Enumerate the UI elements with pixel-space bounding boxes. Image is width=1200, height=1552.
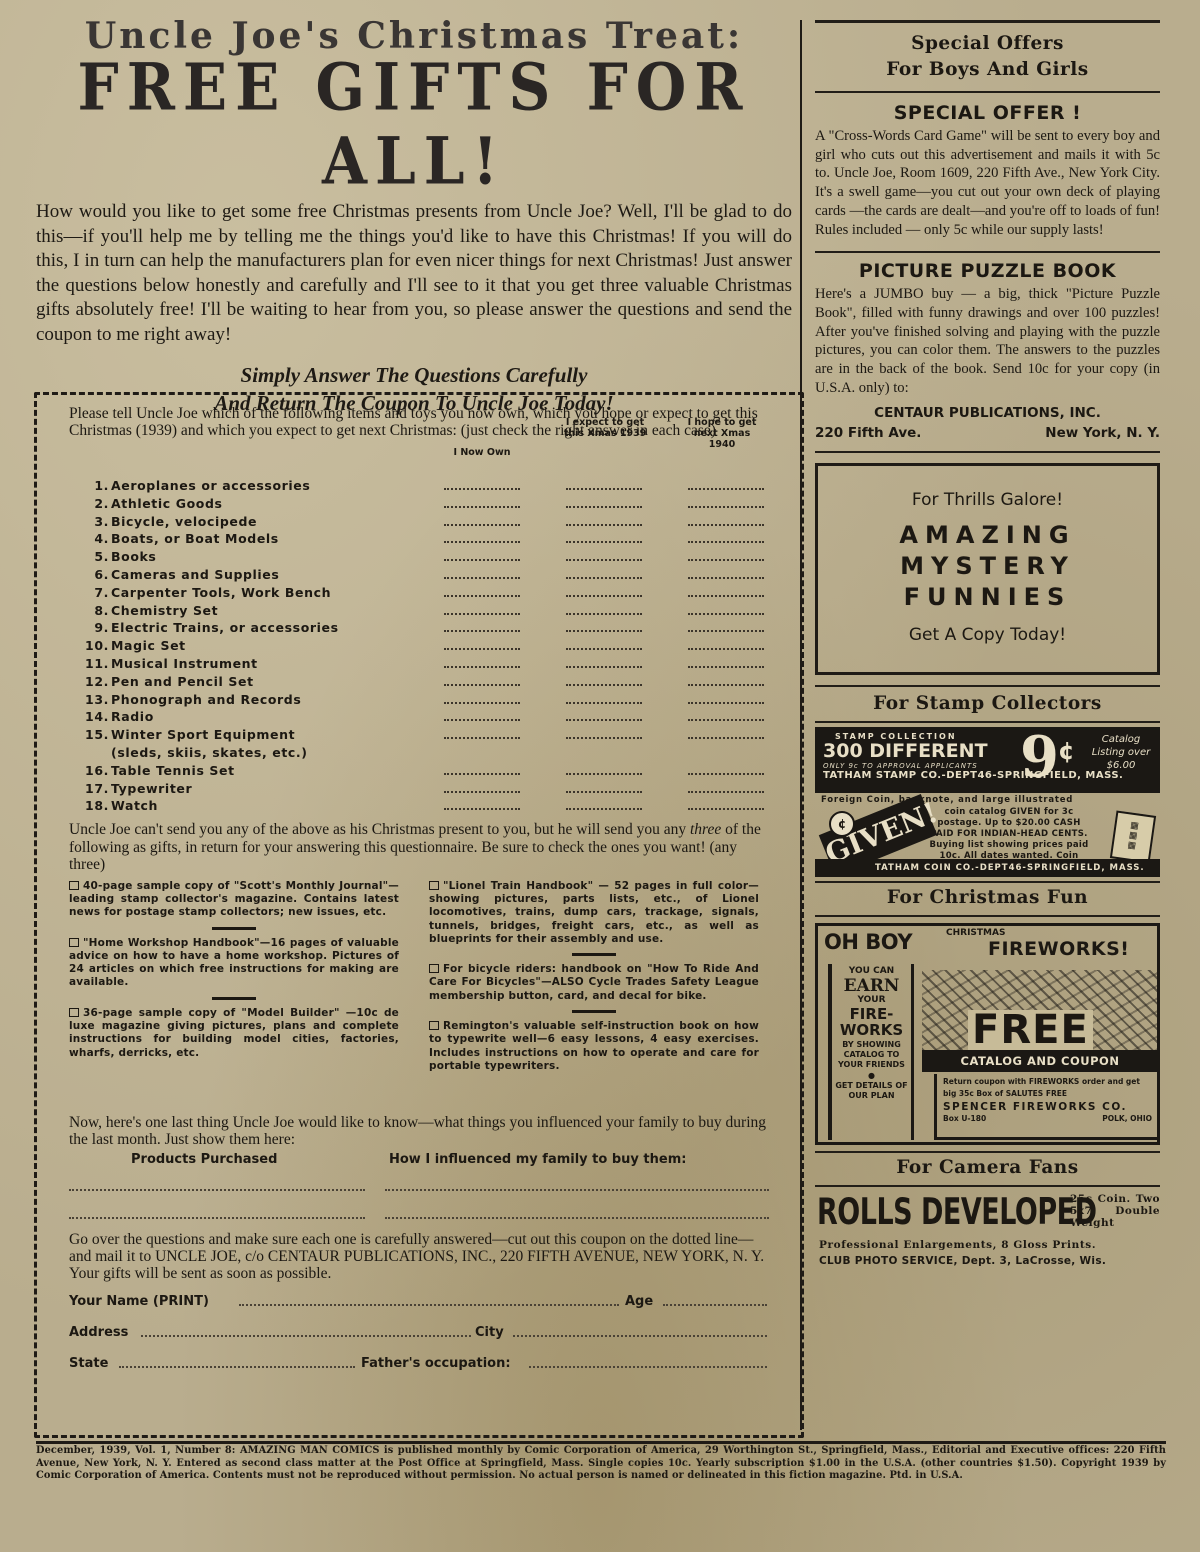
column-expect-1939: I expect to get this Xmas 1939: [557, 417, 653, 439]
earn-text-2: EARN: [832, 977, 911, 995]
now-own-check-line[interactable]: [444, 648, 520, 650]
checklist-row: 13.Phonograph and Records: [69, 691, 771, 709]
checklist-row: 5.Books: [69, 548, 771, 566]
gifts-intro-text: Uncle Joe can't send you any of the abov…: [69, 821, 690, 838]
fireworks-company: SPENCER FIREWORKS CO.: [943, 1100, 1152, 1114]
item-number: 8.: [81, 602, 109, 620]
item-label: Aeroplanes or accessories: [111, 477, 310, 495]
gift-option: "Home Workshop Handbook"—16 pages of val…: [69, 937, 399, 990]
item-number: 9.: [81, 619, 109, 637]
now-own-check-line[interactable]: [444, 541, 520, 543]
stamp-collectors-heading: For Stamp Collectors: [815, 691, 1160, 717]
city-label: City: [475, 1325, 504, 1340]
gift-column-right: "Lionel Train Handbook" — 52 pages in fu…: [429, 880, 759, 1074]
influence-header: How I influenced my family to buy them:: [389, 1152, 686, 1167]
expect-1939-check-line[interactable]: [566, 488, 642, 490]
father-occupation-label: Father's occupation:: [361, 1356, 511, 1371]
now-own-check-line[interactable]: [444, 506, 520, 508]
checkbox[interactable]: [429, 1021, 439, 1030]
expect-1939-check-line[interactable]: [566, 666, 642, 668]
expect-1939-check-line[interactable]: [566, 773, 642, 775]
item-number: 15.: [81, 726, 109, 744]
expect-1939-check-line[interactable]: [566, 541, 642, 543]
gift-separator: [212, 927, 256, 930]
item-number: 14.: [81, 708, 109, 726]
earn-text-5: WORKS: [832, 1022, 911, 1038]
expect-1939-check-line[interactable]: [566, 791, 642, 793]
expect-1939-check-line[interactable]: [566, 559, 642, 561]
now-own-check-line[interactable]: [444, 702, 520, 704]
item-number: 18.: [81, 797, 109, 815]
oh-boy-text: OH BOY: [824, 930, 912, 954]
item-label: Cameras and Supplies: [111, 566, 279, 584]
checklist-row: 15.Winter Sport Equipment: [69, 726, 771, 744]
gift-option: 36-page sample copy of "Model Builder" —…: [69, 1007, 399, 1060]
hope-1940-check-line[interactable]: [688, 595, 764, 597]
puzzle-street: 220 Fifth Ave.: [815, 423, 921, 443]
checklist-row: 4.Boats, or Boat Models: [69, 530, 771, 548]
divider: [815, 685, 1160, 687]
item-number: 7.: [81, 584, 109, 602]
divider: [815, 881, 1160, 883]
column-divider: [800, 20, 802, 1430]
hope-1940-check-line[interactable]: [688, 559, 764, 561]
expect-1939-check-line[interactable]: [566, 613, 642, 615]
special-offer-title: SPECIAL OFFER !: [815, 99, 1160, 127]
checklist-row: 17.Typewriter: [69, 780, 771, 798]
expect-1939-check-line[interactable]: [566, 737, 642, 739]
now-own-check-line[interactable]: [444, 808, 520, 810]
coin-top-text: Foreign Coin, banknote, and large illust…: [821, 795, 1073, 805]
thrills-title-2: MYSTERY: [818, 551, 1157, 582]
earn-text-4: FIRE-: [832, 1006, 911, 1022]
puzzle-book-title: PICTURE PUZZLE BOOK: [815, 257, 1160, 285]
state-field[interactable]: [119, 1366, 355, 1368]
item-label: Musical Instrument: [111, 655, 258, 673]
influence-line-1[interactable]: [385, 1189, 769, 1191]
gift-option: For bicycle riders: handbook on "How To …: [429, 963, 759, 1003]
checklist-column-headers: I Now Own I expect to get this Xmas 1939…: [69, 439, 771, 469]
hope-1940-check-line[interactable]: [688, 630, 764, 632]
checklist-row: 11.Musical Instrument: [69, 655, 771, 673]
special-offer-body: A "Cross-Words Card Game" will be sent t…: [815, 127, 1160, 239]
rolls-headline: ROLLS DEVELOPED: [817, 1193, 1097, 1234]
divider: [815, 1185, 1160, 1187]
divider: [815, 1151, 1160, 1153]
father-occupation-field[interactable]: [529, 1366, 767, 1368]
item-number: 11.: [81, 655, 109, 673]
influence-answer-lines: [69, 1171, 771, 1231]
hope-1940-check-line[interactable]: [688, 648, 764, 650]
influence-intro: Now, here's one last thing Uncle Joe wou…: [69, 1114, 769, 1149]
checkbox[interactable]: [69, 1008, 79, 1017]
hope-1940-check-line[interactable]: [688, 702, 764, 704]
gift-separator: [572, 953, 616, 956]
headline-free-gifts: FREE GIFTS FOR ALL!: [36, 50, 792, 198]
checklist-row: 6.Cameras and Supplies: [69, 566, 771, 584]
item-label: Table Tennis Set: [111, 762, 235, 780]
products-line-2[interactable]: [69, 1217, 365, 1219]
item-label: (sleds, skiis, skates, etc.): [111, 744, 308, 762]
thrills-top-text: For Thrills Galore!: [818, 488, 1157, 512]
now-own-check-line[interactable]: [444, 595, 520, 597]
checklist-row: (sleds, skiis, skates, etc.): [69, 744, 771, 762]
now-own-check-line[interactable]: [444, 630, 520, 632]
item-number: 16.: [81, 762, 109, 780]
special-offers-heading-2: For Boys And Girls: [815, 57, 1160, 83]
coin-ad: Foreign Coin, banknote, and large illust…: [815, 793, 1160, 877]
puzzle-company: CENTAUR PUBLICATIONS, INC.: [815, 403, 1160, 423]
now-own-check-line[interactable]: [444, 559, 520, 561]
checkbox[interactable]: [429, 964, 439, 973]
hope-1940-check-line[interactable]: [688, 541, 764, 543]
expect-1939-check-line[interactable]: [566, 577, 642, 579]
gift-description: "Lionel Train Handbook" — 52 pages in fu…: [429, 880, 759, 945]
rolls-price: 25c Coin. Two 5x7 Double Weight: [1070, 1193, 1160, 1229]
item-label: Winter Sport Equipment: [111, 726, 295, 744]
earn-text-7: GET DETAILS OF OUR PLAN: [832, 1081, 911, 1101]
address-label: Address: [69, 1325, 128, 1340]
expect-1939-check-line[interactable]: [566, 808, 642, 810]
item-label: Athletic Goods: [111, 495, 223, 513]
expect-1939-check-line[interactable]: [566, 595, 642, 597]
item-number: 6.: [81, 566, 109, 584]
intro-paragraph: How would you like to get some free Chri…: [36, 200, 792, 347]
hope-1940-check-line[interactable]: [688, 719, 764, 721]
expect-1939-check-line[interactable]: [566, 719, 642, 721]
item-label: Phonograph and Records: [111, 691, 301, 709]
camera-fans-heading: For Camera Fans: [815, 1155, 1160, 1181]
footer-divider: [36, 1441, 1166, 1444]
free-text: FREE: [968, 1010, 1093, 1050]
thrills-bottom-text: Get A Copy Today!: [818, 623, 1157, 647]
puzzle-book-body: Here's a JUMBO buy — a big, thick "Pictu…: [815, 285, 1160, 397]
checklist-row: 9.Electric Trains, or accessories: [69, 619, 771, 637]
rolls-developed-ad: ROLLS DEVELOPED 25c Coin. Two 5x7 Double…: [815, 1193, 1160, 1271]
hope-1940-check-line[interactable]: [688, 791, 764, 793]
uncle-joe-ad: Uncle Joe's Christmas Treat: FREE GIFTS …: [36, 14, 792, 417]
checkbox[interactable]: [429, 881, 439, 890]
bullet-icon: ●: [832, 1070, 911, 1081]
now-own-check-line[interactable]: [444, 524, 520, 526]
expect-1939-check-line[interactable]: [566, 524, 642, 526]
puzzle-city: New York, N. Y.: [1045, 423, 1160, 443]
christmas-label: CHRISTMAS: [946, 928, 1129, 938]
item-label: Magic Set: [111, 637, 186, 655]
stamp-collection-ad: STAMP COLLECTION 300 DIFFERENT ONLY 9c T…: [815, 727, 1160, 877]
catalog-book-icon: ▦▦▦: [1110, 811, 1156, 864]
item-label: Electric Trains, or accessories: [111, 619, 339, 637]
gift-column-left: 40-page sample copy of "Scott's Monthly …: [69, 880, 399, 1060]
checklist-row: 2.Athletic Goods: [69, 495, 771, 513]
divider: [815, 915, 1160, 917]
gift-option: Remington's valuable self-instruction bo…: [429, 1020, 759, 1073]
publication-notice: December, 1939, Vol. 1, Number 8: AMAZIN…: [36, 1445, 1166, 1483]
stamp-ad-banner: STAMP COLLECTION 300 DIFFERENT ONLY 9c T…: [815, 727, 1160, 793]
fireworks-coupon-text: Return coupon with FIREWORKS order and g…: [943, 1076, 1152, 1100]
now-own-check-line[interactable]: [444, 666, 520, 668]
item-label: Boats, or Boat Models: [111, 530, 279, 548]
checklist-row: 7.Carpenter Tools, Work Bench: [69, 584, 771, 602]
rolls-company: CLUB PHOTO SERVICE, Dept. 3, LaCrosse, W…: [819, 1255, 1106, 1267]
divider: [815, 91, 1160, 93]
thrills-title-1: AMAZING: [818, 520, 1157, 551]
stamp-price: 9: [1020, 727, 1059, 787]
hope-1940-check-line[interactable]: [688, 684, 764, 686]
now-own-check-line[interactable]: [444, 488, 520, 490]
gifts-intro-emphasis: three: [690, 821, 721, 838]
stamp-catalog-value: Catalog Listing over $6.00: [1087, 733, 1155, 772]
now-own-check-line[interactable]: [444, 791, 520, 793]
checklist-items: 1.Aeroplanes or accessories2.Athletic Go…: [69, 477, 771, 815]
item-label: Pen and Pencil Set: [111, 673, 254, 691]
gift-option: 40-page sample copy of "Scott's Monthly …: [69, 880, 399, 920]
earn-text-6: BY SHOWING CATALOG TO YOUR FRIENDS: [832, 1040, 911, 1070]
address-field[interactable]: [141, 1335, 471, 1337]
checkbox[interactable]: [69, 938, 79, 947]
hope-1940-check-line[interactable]: [688, 773, 764, 775]
now-own-check-line[interactable]: [444, 684, 520, 686]
amazing-mystery-funnies-ad: For Thrills Galore! AMAZING MYSTERY FUNN…: [815, 463, 1160, 675]
earn-fireworks-column: YOU CAN EARN YOUR FIRE- WORKS BY SHOWING…: [828, 964, 914, 1140]
expect-1939-check-line[interactable]: [566, 648, 642, 650]
item-number: 17.: [81, 780, 109, 798]
now-own-check-line[interactable]: [444, 737, 520, 739]
gift-option: "Lionel Train Handbook" — 52 pages in fu…: [429, 880, 759, 946]
coin-company: TATHAM COIN CO.-DEPT46-SPRINGFIELD, MASS…: [815, 859, 1160, 877]
item-label: Carpenter Tools, Work Bench: [111, 584, 331, 602]
divider: [815, 721, 1160, 723]
age-field[interactable]: [663, 1304, 767, 1306]
fireworks-coupon: Return coupon with FIREWORKS order and g…: [934, 1074, 1158, 1140]
expect-1939-check-line[interactable]: [566, 630, 642, 632]
hope-1940-check-line[interactable]: [688, 737, 764, 739]
checklist-row: 10.Magic Set: [69, 637, 771, 655]
checklist-row: 1.Aeroplanes or accessories: [69, 477, 771, 495]
now-own-check-line[interactable]: [444, 613, 520, 615]
fireworks-city: POLK, OHIO: [1102, 1114, 1152, 1123]
checklist-row: 12.Pen and Pencil Set: [69, 673, 771, 691]
item-number: 1.: [81, 477, 109, 495]
gift-description: "Home Workshop Handbook"—16 pages of val…: [69, 937, 399, 989]
gift-options: 40-page sample copy of "Scott's Monthly …: [69, 880, 771, 1112]
item-number: 2.: [81, 495, 109, 513]
checklist-row: 16.Table Tennis Set: [69, 762, 771, 780]
item-number: 5.: [81, 548, 109, 566]
fireworks-title: CHRISTMAS FIREWORKS!: [938, 928, 1129, 960]
contact-form: Your Name (PRINT) Age Address City State…: [69, 1290, 771, 1390]
now-own-check-line[interactable]: [444, 719, 520, 721]
coupon-intro: Please tell Uncle Joe which of the follo…: [69, 405, 769, 439]
cents-icon: ¢: [1058, 737, 1075, 765]
gifts-intro: Uncle Joe can't send you any of the abov…: [69, 821, 769, 874]
fireworks-ad: OH BOY YOU CAN EARN YOUR FIRE- WORKS BY …: [815, 923, 1160, 1145]
influence-line-2[interactable]: [385, 1217, 769, 1219]
special-offers-column: Special Offers For Boys And Girls SPECIA…: [815, 20, 1160, 1271]
column-now-own: I Now Own: [437, 447, 527, 458]
catalog-coupon-bar: CATALOG AND COUPON: [922, 1050, 1158, 1072]
gift-description: 40-page sample copy of "Scott's Monthly …: [69, 880, 399, 919]
now-own-check-line[interactable]: [444, 577, 520, 579]
gift-separator: [572, 1010, 616, 1013]
influence-headers: Products Purchased How I influenced my f…: [69, 1149, 771, 1171]
item-label: Books: [111, 548, 156, 566]
gift-description: For bicycle riders: handbook on "How To …: [429, 963, 759, 1002]
expect-1939-check-line[interactable]: [566, 506, 642, 508]
checklist-row: 14.Radio: [69, 708, 771, 726]
item-label: Bicycle, velocipede: [111, 513, 257, 531]
products-line-1[interactable]: [69, 1189, 365, 1191]
gift-description: 36-page sample copy of "Model Builder" —…: [69, 1007, 399, 1059]
divider: [815, 451, 1160, 453]
item-label: Radio: [111, 708, 154, 726]
special-offers-heading-1: Special Offers: [815, 31, 1160, 57]
products-purchased-header: Products Purchased: [131, 1152, 277, 1167]
now-own-check-line[interactable]: [444, 773, 520, 775]
item-number: 12.: [81, 673, 109, 691]
item-number: 4.: [81, 530, 109, 548]
expect-1939-check-line[interactable]: [566, 684, 642, 686]
item-number: 3.: [81, 513, 109, 531]
mail-instructions: Go over the questions and make sure each…: [69, 1231, 769, 1282]
puzzle-address: 220 Fifth Ave. New York, N. Y.: [815, 423, 1160, 443]
magazine-page: Uncle Joe's Christmas Treat: FREE GIFTS …: [0, 0, 1200, 1552]
item-label: Chemistry Set: [111, 602, 218, 620]
checklist-row: 3.Bicycle, velocipede: [69, 513, 771, 531]
checklist-row: 18.Watch: [69, 797, 771, 815]
hope-1940-check-line[interactable]: [688, 524, 764, 526]
hope-1940-check-line[interactable]: [688, 666, 764, 668]
item-label: Typewriter: [111, 780, 192, 798]
hope-1940-check-line[interactable]: [688, 506, 764, 508]
christmas-fun-heading: For Christmas Fun: [815, 885, 1160, 911]
hope-1940-check-line[interactable]: [688, 577, 764, 579]
checklist-row: 8.Chemistry Set: [69, 602, 771, 620]
expect-1939-check-line[interactable]: [566, 702, 642, 704]
divider: [815, 20, 1160, 23]
age-label: Age: [625, 1294, 653, 1309]
gift-description: Remington's valuable self-instruction bo…: [429, 1020, 759, 1072]
fireworks-address: Box U-180 POLK, OHIO: [943, 1114, 1152, 1123]
city-field[interactable]: [513, 1335, 767, 1337]
name-label: Your Name (PRINT): [69, 1294, 209, 1309]
name-field[interactable]: [239, 1304, 619, 1306]
item-number: 13.: [81, 691, 109, 709]
hope-1940-check-line[interactable]: [688, 808, 764, 810]
thrills-title-3: FUNNIES: [818, 582, 1157, 613]
fireworks-label: FIREWORKS!: [988, 938, 1129, 960]
rolls-enlargements: Professional Enlargements, 8 Gloss Print…: [819, 1239, 1096, 1251]
hope-1940-check-line[interactable]: [688, 488, 764, 490]
gift-separator: [212, 997, 256, 1000]
tagline-line-1: Simply Answer The Questions Carefully: [36, 361, 792, 389]
hope-1940-check-line[interactable]: [688, 613, 764, 615]
item-number: 10.: [81, 637, 109, 655]
state-label: State: [69, 1356, 108, 1371]
column-hope-1940: I hope to get next Xmas 1940: [679, 417, 765, 450]
fireworks-box: Box U-180: [943, 1114, 986, 1123]
divider: [815, 251, 1160, 253]
checkbox[interactable]: [69, 881, 79, 890]
item-label: Watch: [111, 797, 158, 815]
coupon-cutout[interactable]: Please tell Uncle Joe which of the follo…: [34, 392, 804, 1438]
